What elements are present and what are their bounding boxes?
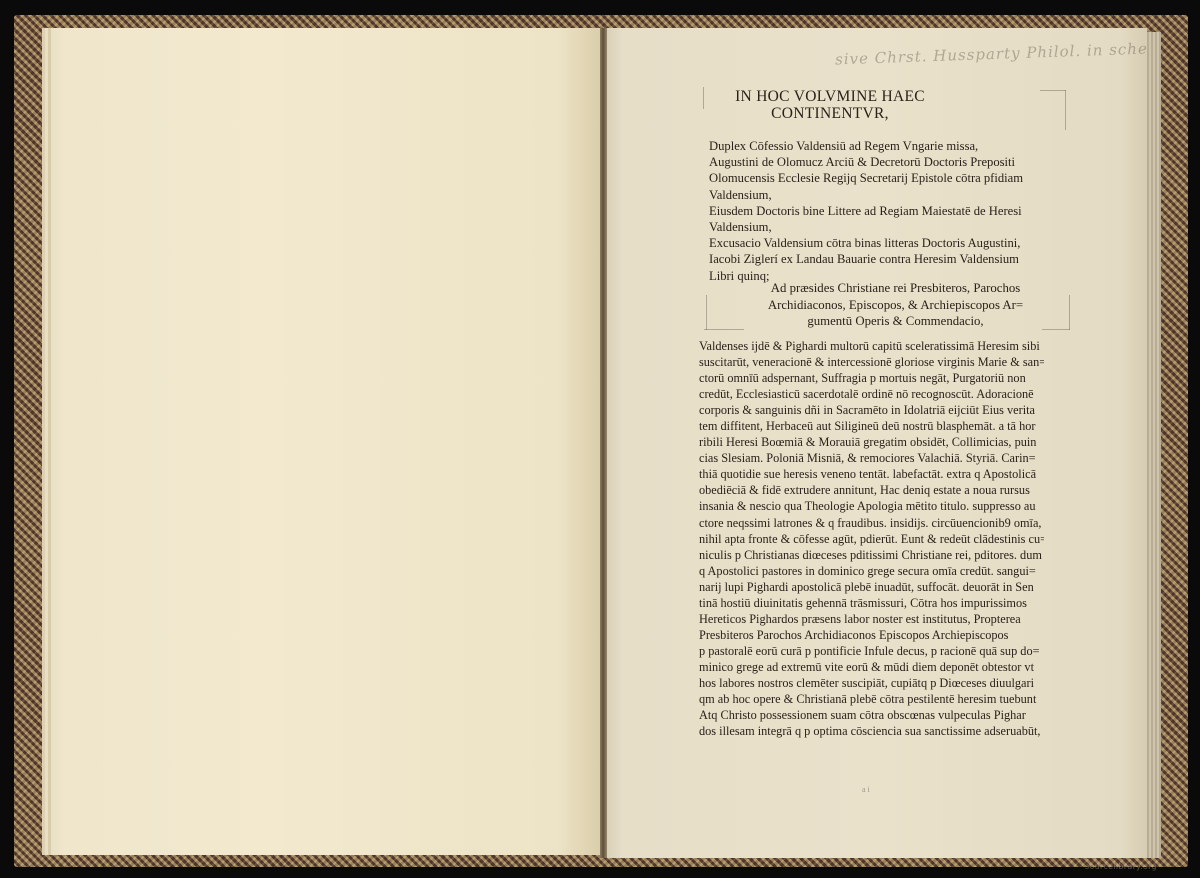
body-line: qm ab hoc opere & Christianā plebē cōtra… <box>699 691 1044 707</box>
contents-line: Valdensium, <box>709 187 1049 203</box>
body-line: minico grege ad extremū vite eorū & mūdi… <box>699 659 1044 675</box>
body-line: suscitarūt, veneracionē & intercessionē … <box>699 354 1044 370</box>
title-line: IN HOC VOLVMINE HAEC <box>700 88 960 105</box>
body-line: cias Slesiam. Poloniā Misniā, & remocior… <box>699 450 1044 466</box>
address-line: Ad præsides Christiane rei Presbiteros, … <box>733 280 1058 297</box>
body-line: ribili Heresi Boœmiā & Morauiā gregatim … <box>699 434 1044 450</box>
body-line: Atq Christo possessionem suam cōtra obsc… <box>699 707 1044 723</box>
body-line: nihil apta fronte & cōfesse agūt, pdierū… <box>699 531 1044 547</box>
contents-line: Iacobi Ziglerí ex Landau Bauarie contra … <box>709 251 1049 267</box>
left-blank-page <box>42 28 602 855</box>
body-line: tem diffitent, Herbaceū aut Siligineū de… <box>699 418 1044 434</box>
pencil-bracket-mark <box>1040 90 1066 91</box>
contents-line: Augustini de Olomucz Arciū & Decretorū D… <box>709 154 1049 170</box>
body-paragraph: Valdenses ĳdē & Pighardi multorū capitū … <box>699 338 1044 739</box>
volume-title: IN HOC VOLVMINE HAEC CONTINENTVR, <box>700 88 960 122</box>
body-line: credūt, Ecclesiasticū sacerdotalē ordinē… <box>699 386 1044 402</box>
page-fore-edge <box>1147 32 1161 858</box>
body-line: dos illesam integrā q p optima cōscienci… <box>699 723 1044 739</box>
watermark: sourcelibrary.org <box>1085 862 1157 871</box>
body-line: niculis p Christianas diœceses pditissim… <box>699 547 1044 563</box>
body-line: narĳ lupi Pighardi apostolicā plebē inua… <box>699 579 1044 595</box>
contents-line: Duplex Cōfessio Valdensiū ad Regem Vngar… <box>709 138 1049 154</box>
title-line: CONTINENTVR, <box>700 105 960 122</box>
body-line: obediēciā & fidē extrudere annitunt, Hac… <box>699 482 1044 498</box>
body-line: Presbiteros Parochos Archidiaconos Episc… <box>699 627 1044 643</box>
contents-list: Duplex Cōfessio Valdensiū ad Regem Vngar… <box>709 138 1049 284</box>
body-line: Hereticos Pighardos præsens labor noster… <box>699 611 1044 627</box>
body-line: corporis & sanguinis dñi in Sacramēto in… <box>699 402 1044 418</box>
body-line: insania & nescio qua Theologie Apologia … <box>699 498 1044 514</box>
contents-line: Valdensium, <box>709 219 1049 235</box>
address-line: Archidiaconos, Episcopos, & Archiepiscop… <box>733 297 1058 314</box>
contents-line: Eiusdem Doctoris bine Littere ad Regiam … <box>709 203 1049 219</box>
signature-mark: a i <box>862 785 870 794</box>
pencil-bracket-mark <box>1069 295 1070 330</box>
contents-line: Excusacio Valdensium cōtra binas littera… <box>709 235 1049 251</box>
dedication-heading: Ad præsides Christiane rei Presbiteros, … <box>733 280 1058 330</box>
body-line: thiā quotidie sue heresis veneno tentāt.… <box>699 466 1044 482</box>
body-line: q Apostolici pastores in dominico grege … <box>699 563 1044 579</box>
contents-line: Olomucensis Ecclesie Regijq Secretarij E… <box>709 170 1049 186</box>
body-line: p pastoralē eorū curā p pontificie Inful… <box>699 643 1044 659</box>
address-line: gumentū Operis & Commendacio, <box>733 313 1058 330</box>
pencil-bracket-mark <box>1065 90 1066 130</box>
body-line: hos labores nostros clemēter suscipiāt, … <box>699 675 1044 691</box>
pencil-bracket-mark <box>706 295 707 330</box>
body-line: ctore neqssimi latrones & q fraudibus. i… <box>699 515 1044 531</box>
body-line: Valdenses ĳdē & Pighardi multorū capitū … <box>699 338 1044 354</box>
body-line: tinā hostiū diuinitatis gehennā trāsmiss… <box>699 595 1044 611</box>
body-line: ctorū omnīū adspernant, Suffragia p mort… <box>699 370 1044 386</box>
